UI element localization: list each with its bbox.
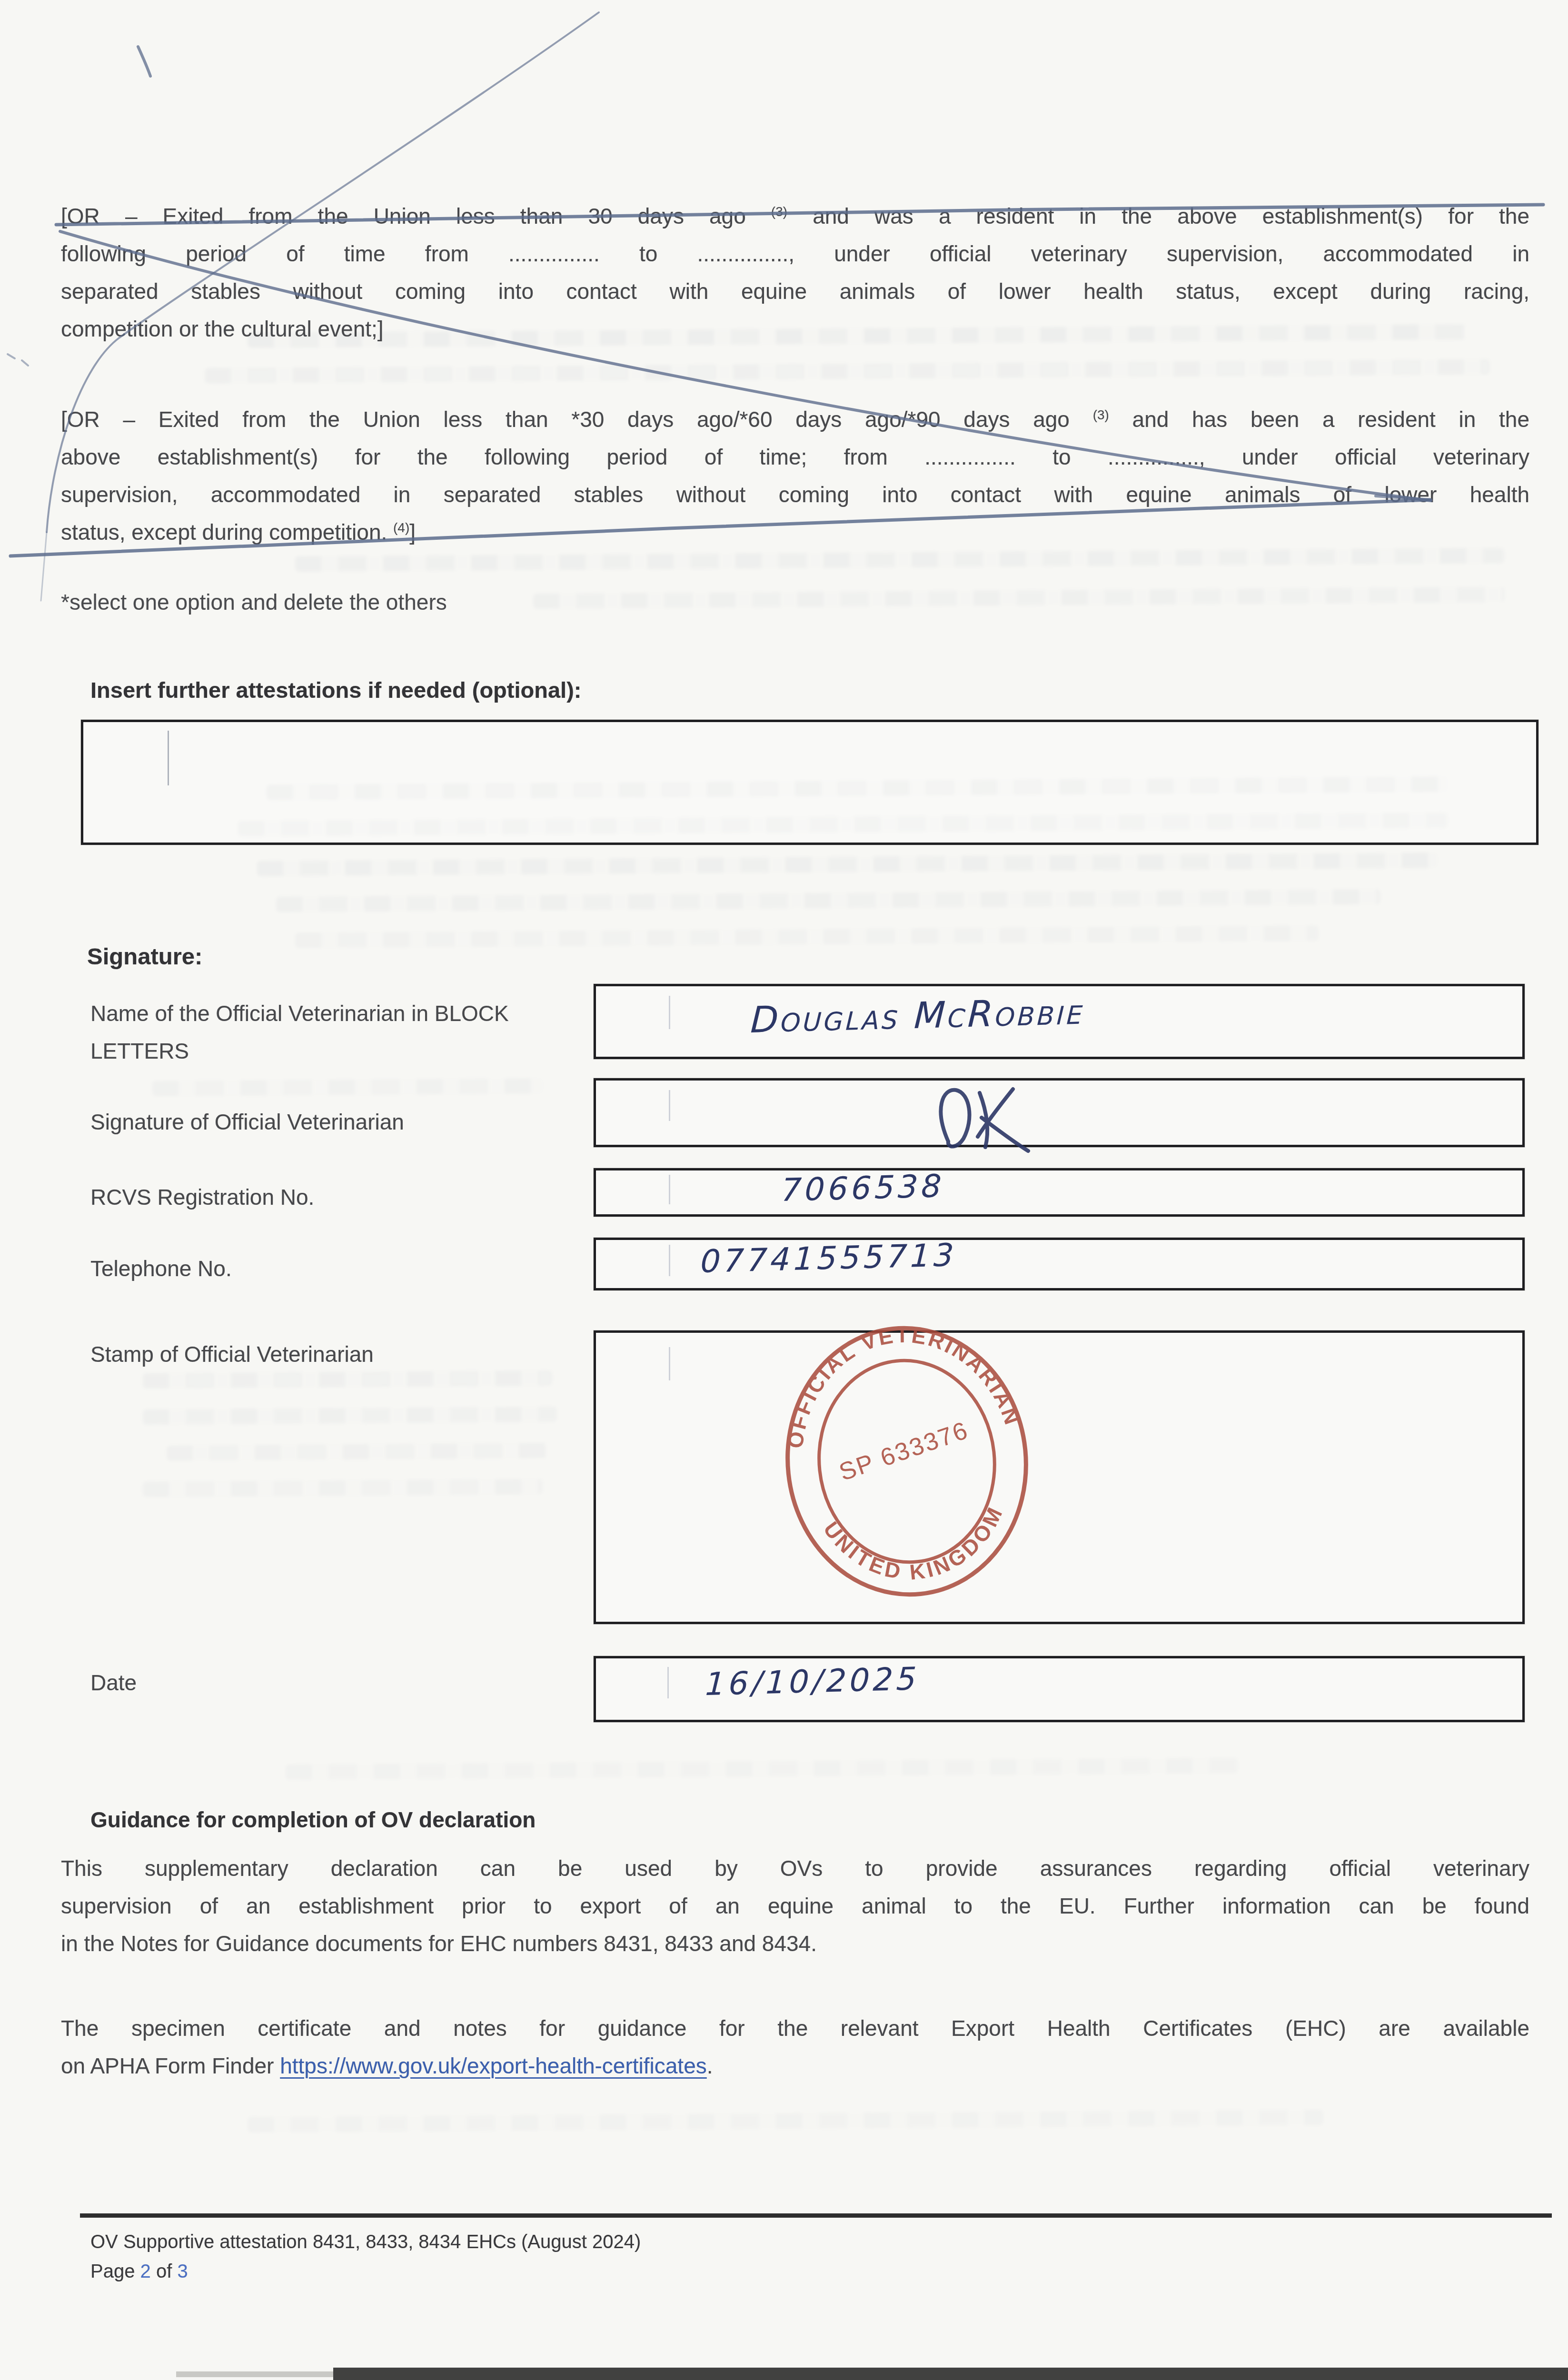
pen-strikethrough-marks [0,0,1568,2380]
ov-signature-scrawl [941,1089,1028,1151]
scanned-document-page: [OR – Exited from the Union less than 30… [0,0,1568,2380]
